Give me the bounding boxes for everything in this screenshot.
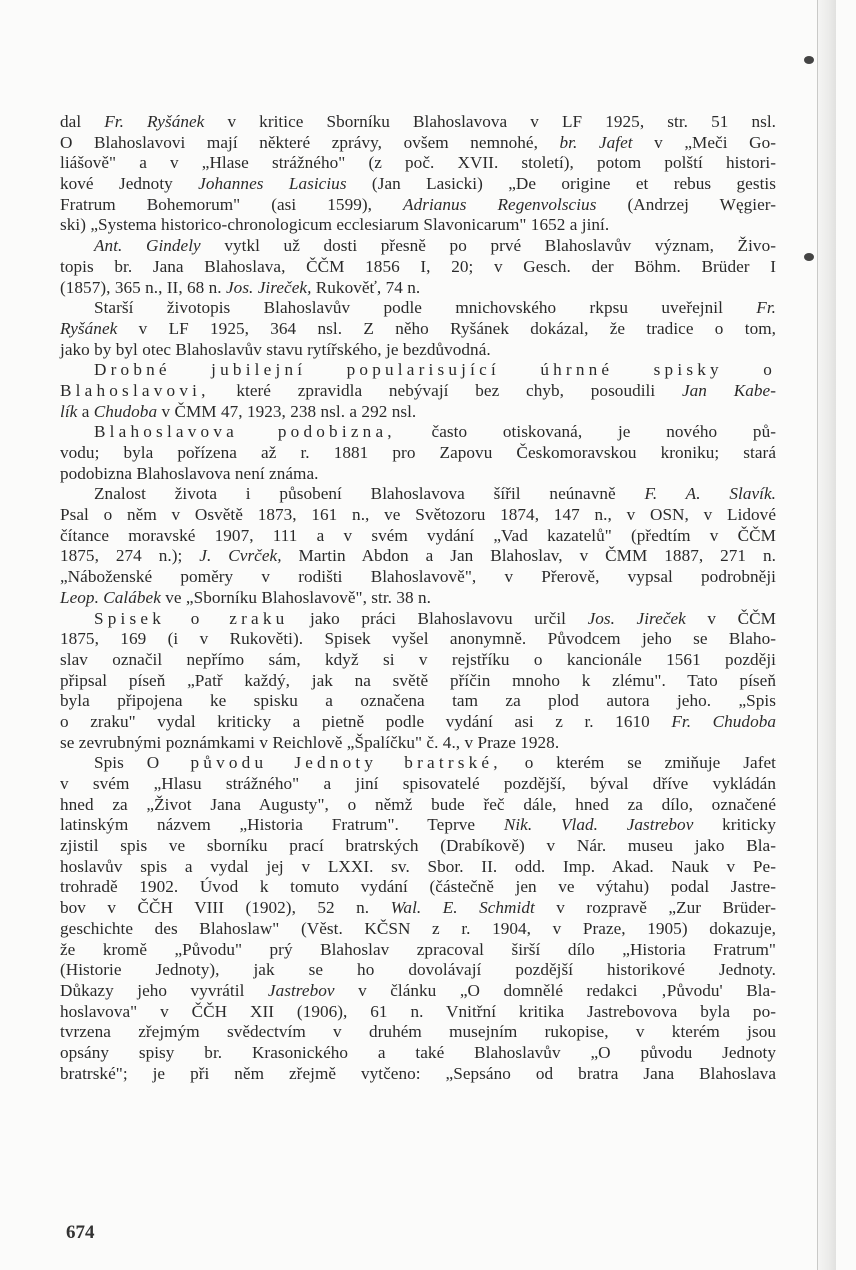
italic-citation: Ant. Gindely: [94, 236, 201, 255]
text-run: (Jan Lasicki) „De origine et rebus gesti…: [347, 174, 776, 193]
text-run: hned za „Život Jana Augusty", o němž bud…: [60, 795, 776, 814]
text-line: opsány spisy br. Krasonického a také Bla…: [60, 1043, 776, 1064]
text-run: (1857), 365 n., II, 68 n.: [60, 278, 226, 297]
text-run: Znalost života i působení Blahoslavova š…: [94, 484, 644, 503]
text-line: Ant. Gindely vytkl už dosti přesně po pr…: [60, 236, 776, 257]
text-line: se zevrubnými poznámkami v Reichlově „Šp…: [60, 733, 776, 754]
text-line: o zraku" vydal kriticky a pietně podle v…: [60, 712, 776, 733]
italic-citation: Fr.: [756, 298, 776, 317]
italic-citation: Leop. Calábek: [60, 588, 161, 607]
text-run: často otiskovaná, je nového pů-: [396, 422, 776, 441]
text-line: Leop. Calábek ve „Sborníku Blahoslavově"…: [60, 588, 776, 609]
text-line: bov v ČČH VIII (1902), 52 n. Wal. E. Sch…: [60, 898, 776, 919]
text-run: byla připojena ke spisku a označena tam …: [60, 691, 776, 710]
text-run: ve „Sborníku Blahoslavově", str. 38 n.: [161, 588, 431, 607]
text-line: vodu; byla pořízena až r. 1881 pro Zapov…: [60, 443, 776, 464]
text-line: liášově" a v „Hlase strážného" (z poč. X…: [60, 153, 776, 174]
page-binding-edge: [818, 0, 836, 1270]
text-run: že kromě „Původu" prý Blahoslav zpracova…: [60, 940, 776, 959]
text-run: se zevrubnými poznámkami v Reichlově „Šp…: [60, 733, 559, 752]
binding-staple-mark: [804, 253, 814, 261]
text-line: topis br. Jana Blahoslava, ČČM 1856 I, 2…: [60, 257, 776, 278]
text-line: hoslavův spis a vydal jej v LXXI. sv. Sb…: [60, 857, 776, 878]
text-line: kové Jednoty Johannes Lasicius (Jan Lasi…: [60, 174, 776, 195]
text-line: dal Fr. Ryšánek v kritice Sborníku Blaho…: [60, 112, 776, 133]
text-line: v svém „Hlasu strážného" a jiní spisovat…: [60, 774, 776, 795]
text-line: Spis O původu Jednoty bratrské, o kterém…: [60, 753, 776, 774]
text-line: (1857), 365 n., II, 68 n. Jos. Jireček, …: [60, 278, 776, 299]
body-text: dal Fr. Ryšánek v kritice Sborníku Blaho…: [60, 112, 776, 1084]
italic-citation: Fr. Ryšánek: [104, 112, 204, 131]
italic-citation: Fr. Chudoba: [671, 712, 776, 731]
text-line: Důkazy jeho vyvrátil Jastrebov v článku …: [60, 981, 776, 1002]
text-run: čítance moravské 1907, 111 a v svém vydá…: [60, 526, 776, 545]
text-line: O Blahoslavovi mají některé zprávy, ovše…: [60, 133, 776, 154]
text-run: Psal o něm v Osvětě 1873, 161 n., ve Svě…: [60, 505, 776, 524]
text-run: liášově" a v „Hlase strážného" (z poč. X…: [60, 153, 776, 172]
text-run: Spis: [94, 753, 147, 772]
italic-citation: lík: [60, 402, 77, 421]
text-line: hned za „Život Jana Augusty", o němž bud…: [60, 795, 776, 816]
text-run: (Historie Jednoty), jak se ho dovolávají…: [60, 960, 776, 979]
spaced-emphasis: Blahoslavova podobizna,: [94, 422, 396, 441]
binding-staple-mark: [804, 56, 814, 64]
text-line: zjistil spis ve sborníku prací bratrskýc…: [60, 836, 776, 857]
text-run: vodu; byla pořízena až r. 1881 pro Zapov…: [60, 443, 776, 462]
text-line: tvrzena zřejmým svědectvím v druhém muse…: [60, 1022, 776, 1043]
text-run: jako by byl otec Blahoslavův stavu rytíř…: [60, 340, 491, 359]
text-line: podobizna Blahoslavova není známa.: [60, 464, 776, 485]
text-run: podobizna Blahoslavova není známa.: [60, 464, 318, 483]
text-run: 1875, 274 n.);: [60, 546, 199, 565]
text-line: Ryšánek v LF 1925, 364 nsl. Z něho Ryšán…: [60, 319, 776, 340]
italic-citation: Adrianus Regenvolscius: [403, 195, 596, 214]
page-number: 674: [66, 1222, 95, 1244]
italic-citation: Johannes Lasicius: [198, 174, 346, 193]
text-line: připsal píseň „Patř každý, jak na světě …: [60, 671, 776, 692]
text-line: Starší životopis Blahoslavův podle mnich…: [60, 298, 776, 319]
text-run: v kritice Sborníku Blahoslavova v LF 192…: [204, 112, 776, 131]
text-run: kové Jednoty: [60, 174, 198, 193]
italic-citation: F. A. Slavík.: [644, 484, 776, 503]
text-run: trohradě 1902. Úvod k tomuto vydání (čás…: [60, 877, 776, 896]
text-run: v ČMM 47, 1923, 238 nsl. a 292 nsl.: [157, 402, 416, 421]
text-run: ski) „Systema historico-chronologicum ec…: [60, 215, 609, 234]
italic-citation: Nik. Vlad. Jastrebov: [504, 815, 694, 834]
text-line: Psal o něm v Osvětě 1873, 161 n., ve Svě…: [60, 505, 776, 526]
text-run: opsány spisy br. Krasonického a také Bla…: [60, 1043, 776, 1062]
text-line: že kromě „Původu" prý Blahoslav zpracova…: [60, 940, 776, 961]
text-run: Fratrum Bohemorum" (asi 1599),: [60, 195, 403, 214]
text-run: Starší životopis Blahoslavův podle mnich…: [94, 298, 756, 317]
text-line: 1875, 169 (i v Rukověti). Spisek vyšel a…: [60, 629, 776, 650]
text-line: Drobné jubilejní popularisující úhrnné s…: [60, 360, 776, 381]
text-line: jako by byl otec Blahoslavův stavu rytíř…: [60, 340, 776, 361]
text-line: ski) „Systema historico-chronologicum ec…: [60, 215, 776, 236]
text-line: trohradě 1902. Úvod k tomuto vydání (čás…: [60, 877, 776, 898]
text-run: topis br. Jana Blahoslava, ČČM 1856 I, 2…: [60, 257, 776, 276]
text-run: Rukověť, 74 n.: [311, 278, 420, 297]
text-line: (Historie Jednoty), jak se ho dovolávají…: [60, 960, 776, 981]
spaced-emphasis: Drobné jubilejní popularisující úhrnné s…: [94, 360, 776, 379]
text-line: slav označil nepřímo sám, když si v rejs…: [60, 650, 776, 671]
italic-citation: Jastrebov: [268, 981, 335, 1000]
text-run: 1875, 169 (i v Rukověti). Spisek vyšel a…: [60, 629, 776, 648]
italic-citation: Jos. Jireček,: [226, 278, 311, 297]
text-line: Blahoslavova podobizna, často otiskovaná…: [60, 422, 776, 443]
text-line: geschichte des Blahoslaw" (Věst. KČSN z …: [60, 919, 776, 940]
text-line: hoslavova" v ČČH XII (1906), 61 n. Vnitř…: [60, 1002, 776, 1023]
text-run: v svém „Hlasu strážného" a jiní spisovat…: [60, 774, 776, 793]
text-run: dal: [60, 112, 104, 131]
text-run: a: [77, 402, 93, 421]
text-run: (Andrzej Węgier-: [596, 195, 776, 214]
text-line: lík a Chudoba v ČMM 47, 1923, 238 nsl. a…: [60, 402, 776, 423]
spaced-emphasis: Blahoslavovi,: [60, 381, 210, 400]
text-run: Martin Abdon a Jan Blahoslav, v ČMM 1887…: [282, 546, 776, 565]
text-run: Důkazy jeho vyvrátil: [60, 981, 268, 1000]
text-run: tvrzena zřejmým svědectvím v druhém muse…: [60, 1022, 776, 1041]
italic-citation: Wal. E. Schmidt: [391, 898, 535, 917]
italic-citation: br. Jafet: [560, 133, 633, 152]
text-run: zjistil spis ve sborníku prací bratrskýc…: [60, 836, 776, 855]
italic-citation: Ryšánek: [60, 319, 117, 338]
text-line: latinským názvem „Historia Fratrum". Tep…: [60, 815, 776, 836]
text-run: „Náboženské poměry v rodišti Blahoslavov…: [60, 567, 776, 586]
italic-citation: Chudoba: [94, 402, 157, 421]
text-run: připsal píseň „Patř každý, jak na světě …: [60, 671, 776, 690]
text-line: čítance moravské 1907, 111 a v svém vydá…: [60, 526, 776, 547]
text-run: hoslavova" v ČČH XII (1906), 61 n. Vnitř…: [60, 1002, 776, 1021]
scanned-book-page: dal Fr. Ryšánek v kritice Sborníku Blaho…: [0, 0, 856, 1270]
text-run: bov v ČČH VIII (1902), 52 n.: [60, 898, 391, 917]
text-run: které zpravidla nebývají bez chyb, posou…: [210, 381, 682, 400]
text-run: O Blahoslavovi mají některé zprávy, ovše…: [60, 133, 560, 152]
text-run: v článku „O domnělé redakci ‚Původu' Bla…: [335, 981, 776, 1000]
text-run: v LF 1925, 364 nsl. Z něho Ryšánek dokáz…: [117, 319, 776, 338]
text-run: bratrské"; je při něm zřejmě vytčeno: „S…: [60, 1064, 776, 1083]
text-line: Blahoslavovi, které zpravidla nebývají b…: [60, 381, 776, 402]
text-run: hoslavův spis a vydal jej v LXXI. sv. Sb…: [60, 857, 776, 876]
text-run: v ČČM: [686, 609, 776, 628]
text-line: Spisek o zraku jako práci Blahoslavovu u…: [60, 609, 776, 630]
text-run: o zraku" vydal kriticky a pietně podle v…: [60, 712, 671, 731]
spaced-emphasis: Spisek o zraku: [94, 609, 288, 628]
spaced-emphasis: O původu Jednoty bratrské,: [147, 753, 502, 772]
text-line: byla připojena ke spisku a označena tam …: [60, 691, 776, 712]
text-line: Znalost života i působení Blahoslavova š…: [60, 484, 776, 505]
text-run: o kterém se zmiňuje Jafet: [502, 753, 776, 772]
text-run: kriticky: [693, 815, 776, 834]
italic-citation: Jos. Jireček: [588, 609, 686, 628]
italic-citation: J. Cvrček,: [199, 546, 281, 565]
text-run: v „Meči Go-: [633, 133, 776, 152]
text-run: jako práci Blahoslavovu určil: [288, 609, 587, 628]
text-run: vytkl už dosti přesně po prvé Blahoslavů…: [201, 236, 776, 255]
text-line: bratrské"; je při něm zřejmě vytčeno: „S…: [60, 1064, 776, 1085]
text-run: v rozpravě „Zur Brüder-: [535, 898, 776, 917]
text-run: geschichte des Blahoslaw" (Věst. KČSN z …: [60, 919, 776, 938]
text-line: 1875, 274 n.); J. Cvrček, Martin Abdon a…: [60, 546, 776, 567]
text-run: slav označil nepřímo sám, když si v rejs…: [60, 650, 776, 669]
text-line: „Náboženské poměry v rodišti Blahoslavov…: [60, 567, 776, 588]
text-line: Fratrum Bohemorum" (asi 1599), Adrianus …: [60, 195, 776, 216]
italic-citation: Jan Kabe-: [682, 381, 776, 400]
text-run: latinským názvem „Historia Fratrum". Tep…: [60, 815, 504, 834]
